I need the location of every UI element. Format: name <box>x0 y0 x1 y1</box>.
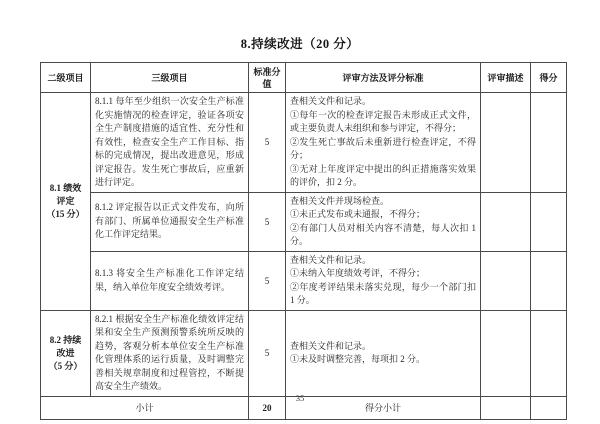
method-line: ③无对上年度评定中提出的纠正措施落实效果的评价，扣 2 分。 <box>290 163 476 190</box>
section-title: 8.持续改进（20 分） <box>0 0 600 52</box>
method-cell: 查相关文件和记录。 ①未及时调整完善，每项扣 2 分。 <box>286 310 481 396</box>
method-cell: 查相关文件和记录。 ①未纳入年度绩效考评，不得分； ②年度考评结果未落实兑现，每… <box>286 251 481 310</box>
method-line: ①每年一次的检查评定报告未形成正式文件，或主要负责人未组织和参与评定，不得分； <box>290 109 476 136</box>
table-row-8-2-1: 8.2 持续 改进 （5 分） 8.2.1 根据安全生产标准化绩效评定结果和安全… <box>41 310 567 396</box>
method-line: ①未正式发布或未通报，不得分； <box>290 208 476 222</box>
method-line: 查相关文件和记录。 <box>290 95 476 109</box>
item-cell-8-1-3: 8.1.3 将安全生产标准化工作评定结果，纳入单位年度安全绩效考评。 <box>91 251 249 310</box>
table-row-8-1-1: 8.1 绩效 评定 （15 分） 8.1.1 每年至少组织一次安全生产标准化实施… <box>41 93 567 193</box>
page-number: 35 <box>0 393 600 403</box>
header-level3-project: 三级项目 <box>91 63 249 93</box>
standard-score-cell: 5 <box>249 192 286 251</box>
method-line: ①未及时调整完善，每项扣 2 分。 <box>290 353 476 367</box>
review-description-cell <box>481 310 531 396</box>
header-standard-score: 标准分值 <box>249 63 286 93</box>
header-level2-project: 二级项目 <box>41 63 91 93</box>
item-cell-8-2-1: 8.2.1 根据安全生产标准化绩效评定结果和安全生产预测预警系统所反映的趋势，客… <box>91 310 249 396</box>
group-cell-8-1: 8.1 绩效 评定 （15 分） <box>41 93 91 311</box>
table-row-8-1-2: 8.1.2 评定报告以正式文件发布，向所有部门、所属单位通报安全生产标准化工作评… <box>41 192 567 251</box>
document-page: 8.持续改进（20 分） 二级项目 三级项目 标准分值 评审方法及评分标准 评审… <box>0 0 600 424</box>
standard-score-cell: 5 <box>249 251 286 310</box>
standard-score-cell: 5 <box>249 93 286 193</box>
review-description-cell <box>481 192 531 251</box>
group-label-line: 评定 <box>45 195 86 208</box>
review-description-cell <box>481 251 531 310</box>
method-line: ①未纳入年度绩效考评，不得分； <box>290 267 476 281</box>
method-line: ②年度考评结果未落实兑现，每少一个部门扣 1 分。 <box>290 281 476 308</box>
group-label-line: （5 分） <box>45 360 86 373</box>
table-row-8-1-3: 8.1.3 将安全生产标准化工作评定结果，纳入单位年度安全绩效考评。 5 查相关… <box>41 251 567 310</box>
score-cell <box>531 251 567 310</box>
group-label-line: 8.1 绩效 <box>45 182 86 195</box>
standard-score-cell: 5 <box>249 310 286 396</box>
method-line: 查相关文件并现场检查。 <box>290 195 476 209</box>
method-line: 查相关文件和记录。 <box>290 340 476 354</box>
score-cell <box>531 192 567 251</box>
score-cell <box>531 93 567 193</box>
method-line: 查相关文件和记录。 <box>290 254 476 268</box>
item-cell-8-1-2: 8.1.2 评定报告以正式文件发布，向所有部门、所属单位通报安全生产标准化工作评… <box>91 192 249 251</box>
method-cell: 查相关文件并现场检查。 ①未正式发布或未通报，不得分； ②有部门人员对相关内容不… <box>286 192 481 251</box>
header-score: 得分 <box>531 63 567 93</box>
header-review-method: 评审方法及评分标准 <box>286 63 481 93</box>
group-cell-8-2: 8.2 持续 改进 （5 分） <box>41 310 91 396</box>
review-description-cell <box>481 93 531 193</box>
evaluation-table: 二级项目 三级项目 标准分值 评审方法及评分标准 评审描述 得分 8.1 绩效 … <box>40 62 567 420</box>
method-cell: 查相关文件和记录。 ①每年一次的检查评定报告未形成正式文件，或主要负责人未组织和… <box>286 93 481 193</box>
group-label-line: 8.2 持续 <box>45 334 86 347</box>
score-cell <box>531 310 567 396</box>
group-label-line: （15 分） <box>45 208 86 221</box>
method-line: ②发生死亡事故后未重新进行检查评定，不得分； <box>290 136 476 163</box>
table-header-row: 二级项目 三级项目 标准分值 评审方法及评分标准 评审描述 得分 <box>41 63 567 93</box>
group-label-line: 改进 <box>45 347 86 360</box>
item-cell-8-1-1: 8.1.1 每年至少组织一次安全生产标准化实施情况的检查评定，验证各项安全生产制… <box>91 93 249 193</box>
method-line: ②有部门人员对相关内容不清楚，每人次扣 1 分。 <box>290 222 476 249</box>
header-review-description: 评审描述 <box>481 63 531 93</box>
